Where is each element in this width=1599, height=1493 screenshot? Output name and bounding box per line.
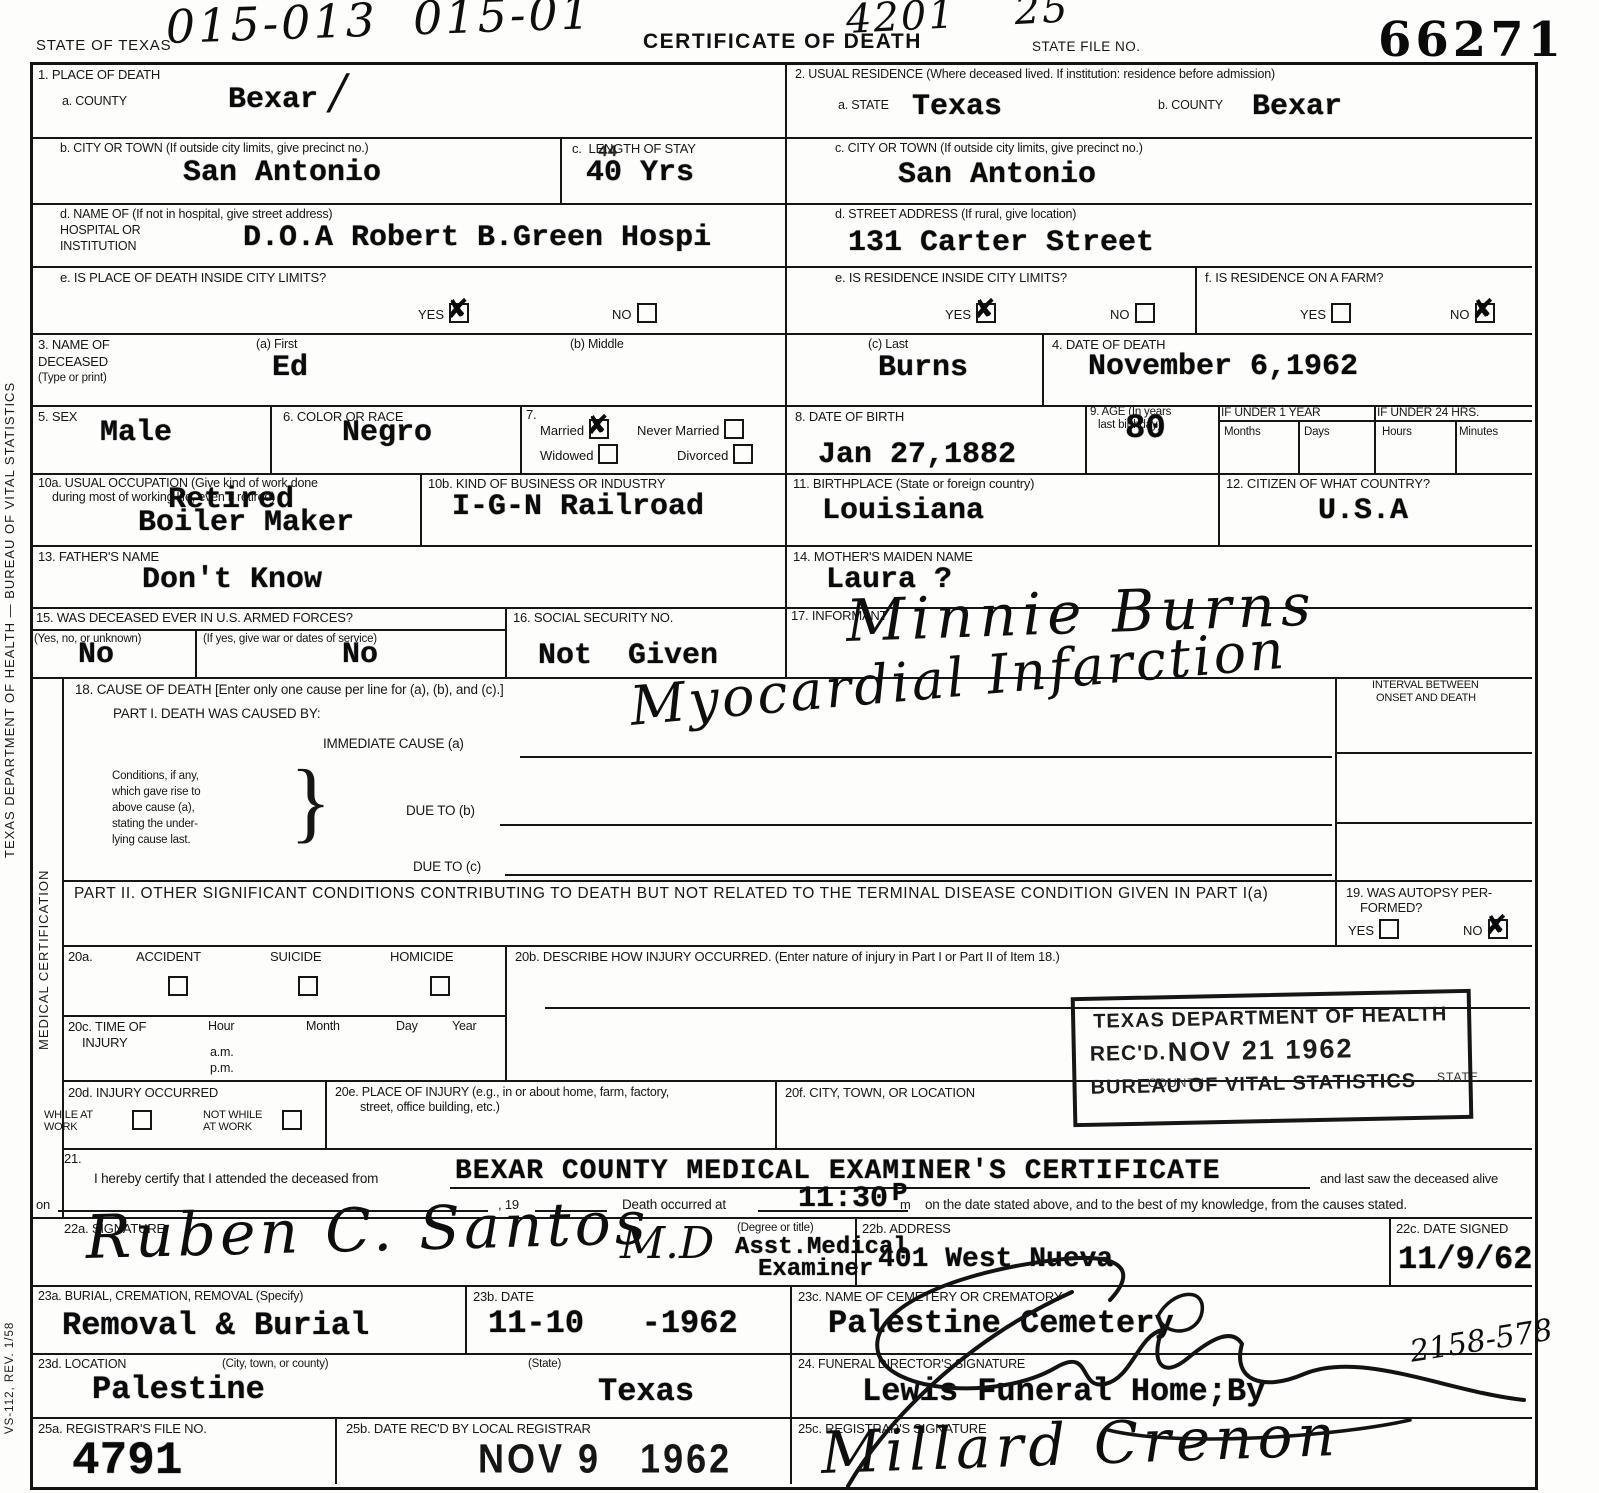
divider [1455, 420, 1457, 473]
burial-removal-value: Removal & Burial [62, 1310, 369, 1342]
certify-text-3: on the date stated above, and to the bes… [925, 1198, 1407, 1213]
armed-forces-value2: No [342, 640, 378, 670]
state-of-texas-label: STATE OF TEXAS [36, 38, 171, 54]
autopsy-label-2: FORMED? [1360, 901, 1422, 915]
divider [325, 1080, 327, 1148]
divider [420, 473, 422, 545]
residence-county-value: Bexar [1252, 92, 1342, 122]
location-state-value: Texas [598, 1376, 694, 1408]
street-address-label: d. STREET ADDRESS (If rural, give locati… [835, 208, 1076, 222]
fathers-name-label: 13. FATHER'S NAME [38, 550, 159, 564]
divider [775, 1080, 777, 1148]
residence-state-value: Texas [912, 92, 1002, 122]
farm-yes-checkbox: YES [1300, 303, 1351, 323]
stamp-recd-label: REC'D. [1090, 1041, 1167, 1067]
date-signed-value: 11/9/62 [1398, 1244, 1532, 1276]
handwritten-district-codes: 015-013 015-01 [165, 0, 594, 50]
blank-line [505, 874, 1332, 876]
cemetery-value: Palestine Cemetery [828, 1308, 1174, 1340]
length-of-stay-label: c. LENGTH OF STAY [572, 142, 696, 156]
hospital-value: D.O.A Robert B.Green Hospi [243, 223, 711, 253]
pm-overtype: P [892, 1180, 908, 1206]
middle-name-label: (b) Middle [570, 338, 624, 352]
handwritten-top-numbers: 4201 25 [845, 0, 1070, 40]
date-of-death-value: November 6,1962 [1088, 352, 1358, 382]
mothers-maiden-name-label: 14. MOTHER'S MAIDEN NAME [793, 550, 973, 564]
industry-label: 10b. KIND OF BUSINESS OR INDUSTRY [428, 477, 665, 491]
suicide-checkbox [298, 976, 318, 996]
checkbox [637, 303, 657, 323]
physician-signature: Ruben C. Santos [85, 1193, 650, 1268]
funeral-home-value: Lewis Funeral Home;By [862, 1376, 1265, 1408]
injury-20a-label: 20a. [68, 950, 93, 964]
death-inside-limits-label: e. IS PLACE OF DEATH INSIDE CITY LIMITS? [60, 271, 326, 285]
no-label: NO [1463, 923, 1483, 938]
date-signed-label: 22c. DATE SIGNED [1396, 1222, 1508, 1236]
interval-header-1: INTERVAL BETWEEN [1372, 680, 1479, 692]
divider [1195, 266, 1197, 333]
injury-occurred-label: 20d. INJURY OCCURRED [68, 1086, 218, 1100]
autopsy-yes-checkbox: YES [1348, 919, 1399, 939]
address-value: 401 West Nueva [878, 1246, 1113, 1274]
length-of-stay-overtype: 44 [598, 144, 617, 160]
divider [1374, 405, 1376, 473]
part1-label: PART I. DEATH WAS CAUSED BY: [113, 707, 320, 722]
first-name-value: Ed [272, 353, 308, 383]
due-to-c-label: DUE TO (c) [413, 860, 481, 875]
homicide-checkbox [430, 976, 450, 996]
marital-status-label: 7. [526, 408, 536, 422]
never-married-label: Never Married [637, 423, 719, 438]
medical-certification-strip-border [62, 677, 64, 1217]
place-of-death-section-label: 1. PLACE OF DEATH [38, 68, 160, 82]
hospital-name-label: d. NAME OF (If not in hospital, give str… [60, 208, 332, 222]
registrar-file-no-label: 25a. REGISTRAR'S FILE NO. [38, 1422, 207, 1436]
married-checkbox: Married✘ [540, 419, 609, 439]
degree-or-title-label: (Degree or title) [737, 1222, 814, 1234]
certify-on-label: on [36, 1198, 50, 1212]
death-limits-no-checkbox: NO [612, 303, 657, 323]
divider [30, 1285, 1532, 1287]
widowed-checkbox: Widowed [540, 444, 618, 464]
accident-label: ACCIDENT [136, 950, 201, 964]
divider [62, 1015, 505, 1017]
divider [30, 1353, 1532, 1355]
registrar-file-no-value: 4791 [72, 1438, 182, 1484]
checkbox: ✘ [449, 303, 469, 323]
burial-date-value: 11-10 -1962 [488, 1308, 738, 1340]
birthplace-label: 11. BIRTHPLACE (State or foreign country… [793, 477, 1034, 491]
length-of-stay-value: 40 Yrs [586, 158, 694, 188]
divider [505, 607, 507, 677]
farm-no-checkbox: NO✘ [1450, 303, 1495, 323]
residence-city-label: c. CITY OR TOWN (If outside city limits,… [835, 142, 1143, 156]
location-value: Palestine [92, 1374, 265, 1406]
checkbox [1379, 919, 1399, 939]
stamp-date: NOV 21 1962 [1168, 1033, 1354, 1068]
check-mark: ✘ [586, 410, 609, 441]
address-label: 22b. ADDRESS [862, 1222, 951, 1236]
divider [335, 1417, 337, 1484]
if-under-24-hrs-label: IF UNDER 24 HRS. [1377, 406, 1479, 419]
am-label: a.m. [210, 1046, 234, 1060]
checkbox [132, 1110, 152, 1130]
certificate-number: 66271 [1378, 12, 1565, 68]
minutes-label: Minutes [1459, 426, 1498, 438]
divider [520, 405, 522, 473]
divider [62, 880, 1532, 882]
race-value: Negro [342, 418, 432, 448]
no-label: NO [1450, 307, 1470, 322]
yes-label: YES [1348, 923, 1374, 938]
occupation-value-line2: Boiler Maker [138, 508, 354, 538]
sex-value: Male [100, 418, 172, 448]
divorced-label: Divorced [677, 448, 728, 463]
divider [1085, 405, 1087, 473]
divider [62, 1148, 1532, 1150]
residence-limits-yes-checkbox: YES✘ [945, 303, 996, 323]
death-limits-yes-checkbox: YES✘ [418, 303, 469, 323]
checkbox: ✘ [1488, 919, 1508, 939]
citizen-value: U.S.A [1318, 496, 1408, 526]
residence-state-label: a. STATE [838, 99, 889, 113]
checkbox [733, 444, 753, 464]
location-label: 23d. LOCATION [38, 1358, 126, 1372]
cemetery-label: 23c. NAME OF CEMETERY OR CREMATORY [798, 1290, 1062, 1304]
checkbox [598, 444, 618, 464]
last-name-value: Burns [878, 353, 968, 383]
time-of-injury-label-1: 20c. TIME OF [68, 1020, 146, 1034]
check-mark: ✘ [1472, 294, 1495, 325]
city-or-town-label: b. CITY OR TOWN (If outside city limits,… [60, 142, 368, 156]
divider [1389, 1217, 1391, 1285]
widowed-label: Widowed [540, 448, 593, 463]
usual-residence-section-label: 2. USUAL RESIDENCE (Where deceased lived… [795, 68, 1275, 82]
not-while-at-work-checkbox [282, 1110, 302, 1130]
certify-text-1: I hereby certify that I attended the dec… [94, 1172, 378, 1187]
hours-label: Hours [1382, 426, 1412, 438]
county-label: a. COUNTY [62, 95, 127, 109]
divider [1335, 822, 1532, 824]
no-label: NO [1110, 307, 1130, 322]
conditions-brace: } [290, 756, 331, 846]
conditions-note-2: which gave rise to [112, 786, 200, 798]
divider [1042, 333, 1044, 405]
hospital-name-label2: HOSPITAL OR [60, 224, 140, 238]
ssn-label: 16. SOCIAL SECURITY NO. [513, 611, 673, 625]
date-of-birth-value: Jan 27,1882 [818, 440, 1016, 470]
divider [30, 137, 1532, 139]
month-label: Month [306, 1020, 340, 1034]
checkbox: ✘ [589, 419, 609, 439]
conditions-note-1: Conditions, if any, [112, 770, 199, 782]
yes-label: YES [418, 307, 444, 322]
handwritten-slash: / [330, 68, 346, 116]
city-value: San Antonio [183, 158, 381, 188]
burial-date-label: 23b. DATE [473, 1290, 534, 1304]
registrar-signature: Millard Crenon [820, 1406, 1341, 1482]
certify-item-number: 21. [64, 1152, 81, 1166]
autopsy-label-1: 19. WAS AUTOPSY PER- [1346, 886, 1492, 900]
part2-label: PART II. OTHER SIGNIFICANT CONDITIONS CO… [74, 886, 1268, 903]
divider [790, 1285, 792, 1484]
months-label: Months [1224, 426, 1261, 438]
checkbox [168, 976, 188, 996]
industry-value: I-G-N Railroad [452, 492, 704, 522]
checkbox [298, 976, 318, 996]
divorced-checkbox: Divorced [677, 444, 753, 464]
age-value: 80 [1125, 412, 1166, 446]
blank-line [500, 824, 1332, 826]
checkbox [1135, 303, 1155, 323]
check-mark: ✘ [446, 294, 469, 325]
divider [195, 629, 197, 677]
stamp-line-3: BUREAU OF VITAL STATISTICS [1090, 1070, 1416, 1100]
divider [30, 473, 1532, 475]
checkbox [430, 976, 450, 996]
autopsy-no-checkbox: NO✘ [1463, 919, 1508, 939]
time-of-injury-label-2: INJURY [82, 1036, 128, 1050]
stamp-line-1: TEXAS DEPARTMENT OF HEALTH [1093, 1003, 1448, 1033]
burial-removal-label: 23a. BURIAL, CREMATION, REMOVAL (Specify… [38, 1290, 303, 1304]
divider [560, 137, 562, 203]
deceased-label: DECEASED [38, 355, 108, 369]
no-label: NO [612, 307, 632, 322]
checkbox: ✘ [976, 303, 996, 323]
blank-line [520, 756, 1332, 758]
divider [505, 945, 507, 1080]
checkbox [282, 1110, 302, 1130]
days-label: Days [1304, 426, 1329, 438]
citizen-label: 12. CITIZEN OF WHAT COUNTRY? [1226, 477, 1430, 491]
state-file-no-label: STATE FILE NO. [1032, 40, 1141, 55]
margin-form-code: VS-112, REV. 1/58 [4, 1285, 16, 1470]
last-name-label: (c) Last [868, 338, 908, 352]
while-at-work-label-2: WORK [44, 1122, 77, 1134]
residence-limits-no-checkbox: NO [1110, 303, 1155, 323]
armed-forces-label: 15. WAS DECEASED EVER IN U.S. ARMED FORC… [36, 611, 353, 625]
place-of-injury-label-2: street, office building, etc.) [360, 1101, 500, 1115]
funeral-director-signature-label: 24. FUNERAL DIRECTOR'S SIGNATURE [798, 1358, 1025, 1372]
divider [1335, 677, 1337, 945]
divider [1218, 405, 1220, 545]
yes-label: YES [1300, 307, 1326, 322]
residence-county-label: b. COUNTY [1158, 99, 1223, 113]
pm-label: p.m. [210, 1062, 234, 1076]
divider [30, 545, 1532, 547]
due-to-b-label: DUE TO (b) [406, 804, 475, 819]
fathers-name-value: Don't Know [142, 565, 322, 595]
divider [1335, 752, 1532, 754]
ssn-value: Not Given [538, 641, 718, 671]
date-of-birth-label: 8. DATE OF BIRTH [795, 410, 904, 424]
yes-label: YES [945, 307, 971, 322]
checkbox [1331, 303, 1351, 323]
conditions-note-4: stating the under- [112, 818, 198, 830]
checkbox: ✘ [1475, 303, 1495, 323]
armed-forces-value1: No [78, 640, 114, 670]
divider [30, 333, 1532, 335]
physician-md-suffix: M.D [620, 1222, 714, 1266]
married-label: Married [540, 423, 584, 438]
date-recd-stamp-value: NOV 9 1962 [478, 1438, 732, 1482]
sex-label: 5. SEX [38, 410, 77, 424]
hospital-name-label3: INSTITUTION [60, 240, 136, 254]
county-value: Bexar [228, 85, 318, 115]
residence-inside-limits-label: e. IS RESIDENCE INSIDE CITY LIMITS? [835, 271, 1067, 285]
not-while-at-work-label-2: AT WORK [203, 1122, 252, 1134]
city-town-county-sublabel: (City, town, or county) [222, 1358, 328, 1370]
date-recd-label: 25b. DATE REC'D BY LOCAL REGISTRAR [346, 1422, 591, 1436]
divider [785, 62, 787, 677]
residence-on-farm-label: f. IS RESIDENCE ON A FARM? [1205, 271, 1383, 285]
divider [1298, 420, 1300, 473]
immediate-cause-label: IMMEDIATE CAUSE (a) [323, 737, 464, 752]
interval-header-2: ONSET AND DEATH [1376, 693, 1476, 705]
conditions-note-5: lying cause last. [112, 834, 190, 846]
check-mark: ✘ [973, 294, 996, 325]
suicide-label: SUICIDE [270, 950, 321, 964]
first-name-label: (a) First [256, 338, 297, 352]
birthplace-value: Louisiana [822, 496, 984, 526]
street-address-value: 131 Carter Street [848, 228, 1154, 258]
death-certificate-page: TEXAS DEPARTMENT OF HEALTH — BUREAU OF V… [0, 0, 1599, 1493]
divider [30, 629, 505, 631]
while-at-work-checkbox [132, 1110, 152, 1130]
name-of-label: 3. NAME OF [38, 338, 110, 352]
place-of-injury-label-1: 20e. PLACE OF INJURY (e.g., in or about … [335, 1086, 669, 1100]
cause-of-death-section-label: 18. CAUSE OF DEATH [Enter only one cause… [75, 683, 504, 698]
residence-city-value: San Antonio [898, 160, 1096, 190]
checkbox [724, 419, 744, 439]
margin-bureau-text: TEXAS DEPARTMENT OF HEALTH — BUREAU OF V… [2, 225, 17, 1015]
hour-label: Hour [208, 1020, 234, 1034]
received-stamp: TEXAS DEPARTMENT OF HEALTH REC'D. NOV 21… [1071, 989, 1474, 1127]
divider [465, 1285, 467, 1353]
time-of-death-value: 11:30 [798, 1184, 888, 1214]
divider [30, 203, 1532, 205]
check-mark: ✘ [1485, 910, 1508, 941]
divider [270, 405, 272, 473]
accident-checkbox [168, 976, 188, 996]
state-sublabel: (State) [528, 1358, 561, 1370]
year-label: Year [452, 1020, 476, 1034]
degree-value-2: Examiner [758, 1258, 873, 1282]
divider [30, 266, 1532, 268]
never-married-checkbox: Never Married [637, 419, 744, 439]
if-under-1-year-label: IF UNDER 1 YEAR [1221, 406, 1320, 419]
city-town-location-label: 20f. CITY, TOWN, OR LOCATION [785, 1086, 975, 1100]
conditions-note-3: above cause (a), [112, 802, 194, 814]
day-label: Day [396, 1020, 418, 1034]
describe-injury-label: 20b. DESCRIBE HOW INJURY OCCURRED. (Ente… [515, 950, 1060, 964]
certify-text-2: and last saw the deceased alive [1320, 1172, 1498, 1186]
homicide-label: HOMICIDE [390, 950, 453, 964]
divider [62, 945, 1532, 947]
type-or-print-label: (Type or print) [38, 372, 107, 384]
